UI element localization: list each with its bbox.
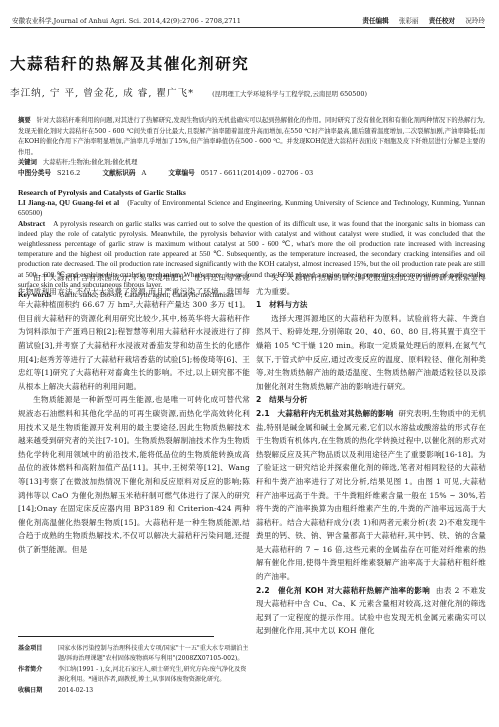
author-bio-text: 李江纳(1991 - ),女,河北石家庄人,硕士研究生,研究方向:废气净化及资源… [58, 665, 250, 686]
running-header: 安徽农业科学,Journal of Anhui Agri. Sci. 2014,… [12, 14, 485, 26]
body-paragraph: 由于大蒜秸秆含有杀菌成分,不易实现堆肥化、肥料还田等常规生物质利用方法,不仅大大… [18, 271, 250, 393]
received-date-label: 收稿日期 [18, 686, 58, 696]
section-heading: 1 材料与方法 [256, 298, 486, 312]
footnote-divider [18, 636, 214, 637]
abstract-text: 针对大蒜秸秆难利用的问题,对其进行了热解研究,发现生物质内的无机盐确实可以起到热… [18, 117, 485, 156]
editor-info: 责任编辑 张彩丽 责任校对 况玲玲 [354, 15, 485, 25]
section-heading: 2 结果与分析 [256, 393, 486, 407]
subsection-heading: 2.1 大蒜秸秆内无机盐对其热解的影响 [256, 409, 393, 418]
chinese-abstract: 摘要针对大蒜秸秆难利用的问题,对其进行了热解研究,发现生物质内的无机盐确实可以起… [18, 116, 485, 169]
keywords-label: 关键词 [18, 159, 37, 166]
body-column-left: 由于大蒜秸秆含有杀菌成分,不易实现堆肥化、肥料还田等常规生物质利用方法,不仅大大… [18, 271, 250, 556]
author-bio-label: 作者简介 [18, 665, 58, 686]
body-column-right: 关于大蒜秸秆热解的研究鲜见报道,因此这方面的研究探索显得尤为重要。 1 材料与方… [256, 271, 486, 638]
english-authors: LI Jiang-na, QU Guang-fei et al [18, 198, 119, 207]
doc-code-label: 文献标识码 [102, 169, 135, 177]
body-paragraph: 选择大理洱源地区的大蒜秸秆为原料。试验前将大蒜、牛粪自然风干、粉碎处理,分别筛取… [256, 312, 486, 394]
english-title: Research of Pyrolysis and Catalysts of G… [18, 188, 485, 198]
article-number-value: 0517 - 6611(2014)09 - 02706 - 03 [201, 169, 314, 177]
proof-label: 责任校对 [429, 17, 455, 25]
body-paragraph: 关于大蒜秸秆热解的研究鲜见报道,因此这方面的研究探索显得尤为重要。 [256, 271, 486, 298]
body-paragraph: 研究表明,生物质中的无机盐,特别是碱金属和碱土金属元素,它们以水溶盐或酸溶盐的形… [256, 409, 486, 581]
received-date: 2014-02-13 [58, 686, 250, 696]
authors: 李江纳, 宁 平, 曾金花, 成 睿, 瞿广飞* [10, 88, 194, 99]
fund-text: 国家水体污染控制与治理科技重大专项/国家"十一五"重大水专项湖泊主题/洱海治理课… [58, 644, 250, 665]
abstract-label: 摘要 [18, 117, 31, 124]
paper-title: 大蒜秸秆的热解及其催化剂研究 [10, 52, 249, 74]
keywords-text: 大蒜秸秆;生物油;催化剂;催化机理 [43, 159, 138, 166]
classification-line: 中图分类号S216.2 文献标识码A 文章编号0517 - 6611(2014)… [18, 167, 313, 177]
editor-label: 责任编辑 [362, 17, 388, 25]
doc-code-value: A [141, 169, 146, 177]
article-number-label: 文章编号 [168, 169, 194, 177]
header-divider [10, 27, 485, 28]
editor-name: 张彩丽 [399, 17, 419, 25]
footnotes: 基金项目 国家水体污染控制与治理科技重大专项/国家"十一五"重大水专项湖泊主题/… [18, 644, 250, 696]
clc-value: S216.2 [57, 169, 80, 177]
english-abstract-label: Abstract [18, 219, 45, 228]
fund-label: 基金项目 [18, 644, 58, 665]
journal-citation: 安徽农业科学,Journal of Anhui Agri. Sci. 2014,… [12, 15, 241, 25]
body-paragraph: 生物质能源是一种新型可再生能源,也是唯一可转化成可替代常规液态石油燃料和其他化学… [18, 393, 250, 556]
author-line: 李江纳, 宁 平, 曾金花, 成 睿, 瞿广飞* (昆明理工大学环境科学与工程学… [10, 85, 367, 99]
clc-label: 中图分类号 [18, 169, 51, 177]
affiliation: (昆明理工大学环境科学与工程学院,云南昆明 650500) [212, 90, 367, 98]
proof-name: 况玲玲 [465, 17, 485, 25]
subsection-heading: 2.2 催化剂 KOH 对大蒜秸秆热解产油率的影响 [256, 586, 430, 595]
